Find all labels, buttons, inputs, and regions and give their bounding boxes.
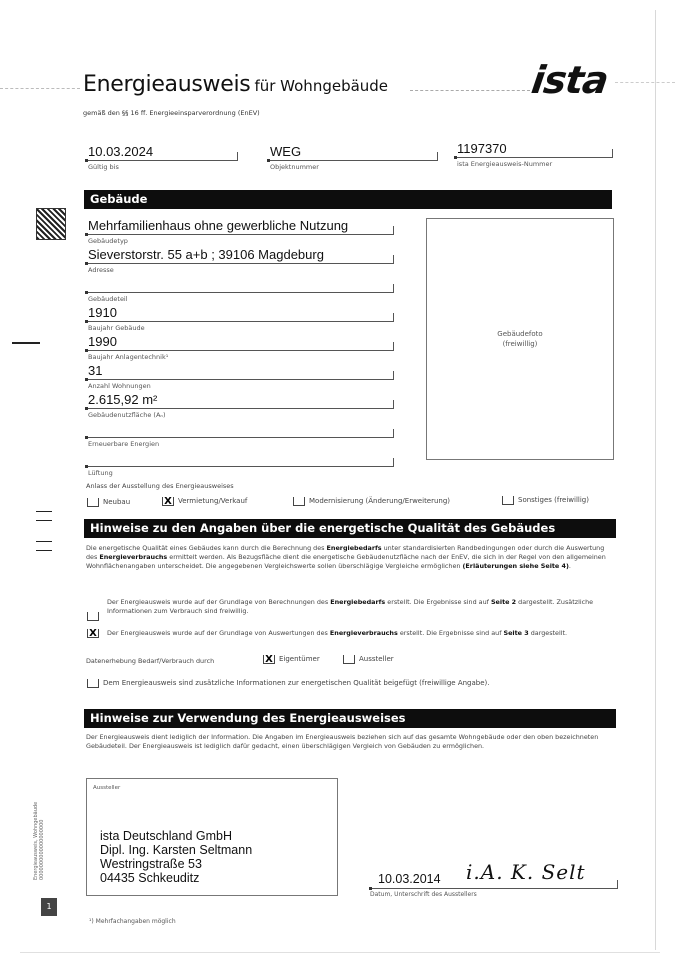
building-field-label: Adresse xyxy=(86,266,394,274)
certificate-number-value: 1197370 xyxy=(455,141,613,156)
field-line xyxy=(86,350,394,351)
valid-until-value: 10.03.2024 xyxy=(86,144,238,159)
checkbox-box-checked[interactable]: X xyxy=(263,655,275,664)
building-field: 1910Baujahr Gebäude xyxy=(86,305,394,332)
building-photo-placeholder: Gebäudefoto (freiwillig) xyxy=(426,218,614,460)
qr-code xyxy=(36,208,66,240)
building-field: Gebäudeteil xyxy=(86,276,394,303)
checkbox-consumption-basis[interactable]: X xyxy=(87,629,99,638)
field-line xyxy=(370,888,618,889)
field-line xyxy=(86,292,394,293)
document-subtitle: gemäß den §§ 16 ff. Energieeinsparverord… xyxy=(83,109,260,117)
building-field-label: Gebäudenutzfläche (Aₙ) xyxy=(86,411,394,419)
punch-mark xyxy=(36,511,52,512)
field-line xyxy=(86,437,394,438)
ista-logo: ista xyxy=(529,58,611,102)
checkbox-label: Neubau xyxy=(103,498,130,507)
checkbox-box[interactable] xyxy=(87,612,99,621)
certificate-number-label: ista Energieausweis-Nummer xyxy=(455,160,613,168)
checkbox-label: Modernisierung (Änderung/Erweiterung) xyxy=(309,497,450,506)
building-field-value: 31 xyxy=(86,363,394,378)
building-field-value: 2.615,92 m² xyxy=(86,392,394,407)
title-sub: für Wohngebäude xyxy=(254,77,388,95)
checkbox-demand-basis[interactable] xyxy=(87,612,99,621)
page-bottom-edge xyxy=(20,952,660,953)
checkbox-issuer[interactable]: Aussteller xyxy=(343,655,394,664)
building-field-value: Sieverstorstr. 55 a+b ; 39106 Magdeburg xyxy=(86,247,394,262)
demand-basis-text: Der Energieausweis wurde auf der Grundla… xyxy=(107,598,615,616)
checkbox-label: Eigentümer xyxy=(279,655,320,664)
section-header-building: Gebäude xyxy=(84,190,612,209)
quality-intro-text: Die energetische Qualität eines Gebäudes… xyxy=(86,544,616,571)
issuer-label: Aussteller xyxy=(93,785,120,791)
footnote: ¹) Mehrfachangaben möglich xyxy=(89,918,176,925)
checkbox-label: Aussteller xyxy=(359,655,394,664)
building-field-value xyxy=(86,450,394,465)
building-field: 2.615,92 m²Gebäudenutzfläche (Aₙ) xyxy=(86,392,394,419)
checkbox-box-checked[interactable]: X xyxy=(87,629,99,638)
checkbox-other[interactable]: Sonstiges (freiwillig) xyxy=(502,496,589,505)
field-line xyxy=(86,379,394,380)
building-field: Mehrfamilienhaus ohne gewerbliche Nutzun… xyxy=(86,218,394,245)
signature-label: Datum, Unterschrift des Ausstellers xyxy=(370,891,618,898)
signature-field: 10.03.2014 Datum, Unterschrift des Ausst… xyxy=(370,872,618,898)
building-field-label: Gebäudetyp xyxy=(86,237,394,245)
building-field-value: 1990 xyxy=(86,334,394,349)
title-main: Energieausweis xyxy=(83,72,250,97)
checkbox-box[interactable] xyxy=(502,496,514,505)
page-edge xyxy=(655,10,656,950)
checkbox-owner[interactable]: X Eigentümer xyxy=(263,655,320,664)
checkbox-modernisation[interactable]: Modernisierung (Änderung/Erweiterung) xyxy=(293,497,450,506)
object-number-field: WEG Objektnummer xyxy=(268,144,438,171)
issuer-address: ista Deutschland GmbH Dipl. Ing. Karsten… xyxy=(100,829,252,885)
building-field-value: 1910 xyxy=(86,305,394,320)
checkbox-box-checked[interactable]: X xyxy=(162,497,174,506)
issuer-box: Aussteller ista Deutschland GmbH Dipl. I… xyxy=(86,778,338,896)
data-collection-label: Datenerhebung Bedarf/Verbrauch durch xyxy=(86,657,214,666)
checkbox-label: Dem Energieausweis sind zusätzliche Info… xyxy=(103,679,490,688)
building-field-label: Lüftung xyxy=(86,469,394,477)
building-field-label: Gebäudeteil xyxy=(86,295,394,303)
punch-mark xyxy=(12,342,40,344)
checkbox-box[interactable] xyxy=(87,498,99,507)
usage-text: Der Energieausweis dient lediglich der I… xyxy=(86,733,616,751)
field-line xyxy=(455,157,613,158)
consumption-basis-text: Der Energieausweis wurde auf der Grundla… xyxy=(107,629,607,638)
document-title: Energieausweisfür Wohngebäude xyxy=(83,72,388,97)
signature-date: 10.03.2014 xyxy=(370,872,618,886)
checkbox-additional-info[interactable]: Dem Energieausweis sind zusätzliche Info… xyxy=(87,679,490,688)
checkbox-box[interactable] xyxy=(343,655,355,664)
building-field: Lüftung xyxy=(86,450,394,477)
building-field-label: Baujahr Anlagentechnik¹ xyxy=(86,353,394,361)
valid-until-label: Gültig bis xyxy=(86,163,238,171)
building-field: Erneuerbare Energien xyxy=(86,421,394,448)
issuer-company: ista Deutschland GmbH xyxy=(100,829,252,843)
section-header-quality: Hinweise zu den Angaben über die energet… xyxy=(84,519,616,538)
building-field: 31Anzahl Wohnungen xyxy=(86,363,394,390)
object-number-value: WEG xyxy=(268,144,438,159)
checkbox-label: Sonstiges (freiwillig) xyxy=(518,496,589,505)
field-line xyxy=(268,160,438,161)
photo-optional-label: (freiwillig) xyxy=(503,339,538,349)
punch-mark xyxy=(36,541,52,542)
building-field-value xyxy=(86,421,394,436)
building-field-label: Baujahr Gebäude xyxy=(86,324,394,332)
valid-until-field: 10.03.2024 Gültig bis xyxy=(86,144,238,171)
building-field-label: Erneuerbare Energien xyxy=(86,440,394,448)
section-header-usage: Hinweise zur Verwendung des Energieauswe… xyxy=(84,709,616,728)
checkbox-label: Vermietung/Verkauf xyxy=(178,497,247,506)
checkbox-new-build[interactable]: Neubau xyxy=(87,498,130,507)
reason-label: Anlass der Ausstellung des Energieauswei… xyxy=(86,482,234,490)
issuer-city: 04435 Schkeuditz xyxy=(100,871,252,885)
checkbox-box[interactable] xyxy=(87,679,99,688)
field-line xyxy=(86,160,238,161)
side-vertical-text: Energieausweis, Wohngebäude 000000000000… xyxy=(33,802,45,880)
field-line xyxy=(86,321,394,322)
field-line xyxy=(86,263,394,264)
field-line xyxy=(86,234,394,235)
punch-mark xyxy=(36,520,52,521)
certificate-number-field: 1197370 ista Energieausweis-Nummer xyxy=(455,141,613,168)
building-field-label: Anzahl Wohnungen xyxy=(86,382,394,390)
building-field-value: Mehrfamilienhaus ohne gewerbliche Nutzun… xyxy=(86,218,394,233)
page-number: 1 xyxy=(41,898,57,916)
building-field: 1990Baujahr Anlagentechnik¹ xyxy=(86,334,394,361)
fold-mark xyxy=(0,88,80,89)
building-field-value xyxy=(86,276,394,291)
field-line xyxy=(86,466,394,467)
photo-label: Gebäudefoto xyxy=(497,329,542,339)
field-line xyxy=(86,408,394,409)
building-field: Sieverstorstr. 55 a+b ; 39106 MagdeburgA… xyxy=(86,247,394,274)
issuer-person: Dipl. Ing. Karsten Seltmann xyxy=(100,843,252,857)
issuer-street: Westringstraße 53 xyxy=(100,857,252,871)
checkbox-rent-sale[interactable]: X Vermietung/Verkauf xyxy=(162,497,247,506)
punch-mark xyxy=(36,550,52,551)
checkbox-box[interactable] xyxy=(293,497,305,506)
fold-mark xyxy=(615,82,675,83)
fold-mark xyxy=(410,90,530,91)
object-number-label: Objektnummer xyxy=(268,163,438,171)
